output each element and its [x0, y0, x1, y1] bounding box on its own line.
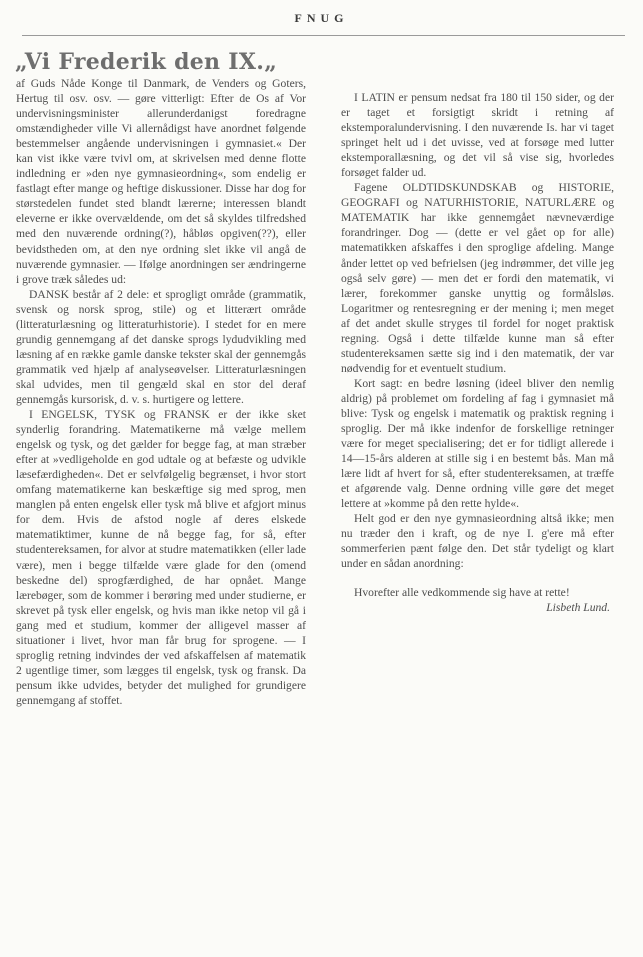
paragraph-kort-sagt: Kort sagt: en bedre løsning (ideel blive…	[341, 376, 614, 511]
header-divider	[22, 35, 625, 36]
paragraph-sprog: I ENGELSK, TYSK og FRANSK er der ikke sk…	[16, 407, 306, 708]
paragraph-fagene: Fagene OLDTIDSKUNDSKAB og HISTORIE, GEOG…	[341, 180, 614, 376]
right-column: I LATIN er pensum nedsat fra 180 til 150…	[341, 90, 614, 615]
paragraph-intro: af Guds Nåde Konge til Danmark, de Vende…	[16, 76, 306, 287]
article-title: „Vi Frederik den IX.„	[15, 49, 277, 75]
author-signature: Lisbeth Lund.	[341, 600, 614, 615]
paragraph-dansk: DANSK består af 2 dele: et sprogligt omr…	[16, 287, 306, 407]
left-column: af Guds Nåde Konge til Danmark, de Vende…	[16, 76, 306, 708]
publication-header: FNUG	[0, 11, 643, 26]
paragraph-closing: Hvorefter alle vedkommende sig have at r…	[341, 585, 614, 600]
paragraph-latin: I LATIN er pensum nedsat fra 180 til 150…	[341, 90, 614, 180]
paragraph-helt-god: Helt god er den nye gymnasieordning alts…	[341, 511, 614, 571]
